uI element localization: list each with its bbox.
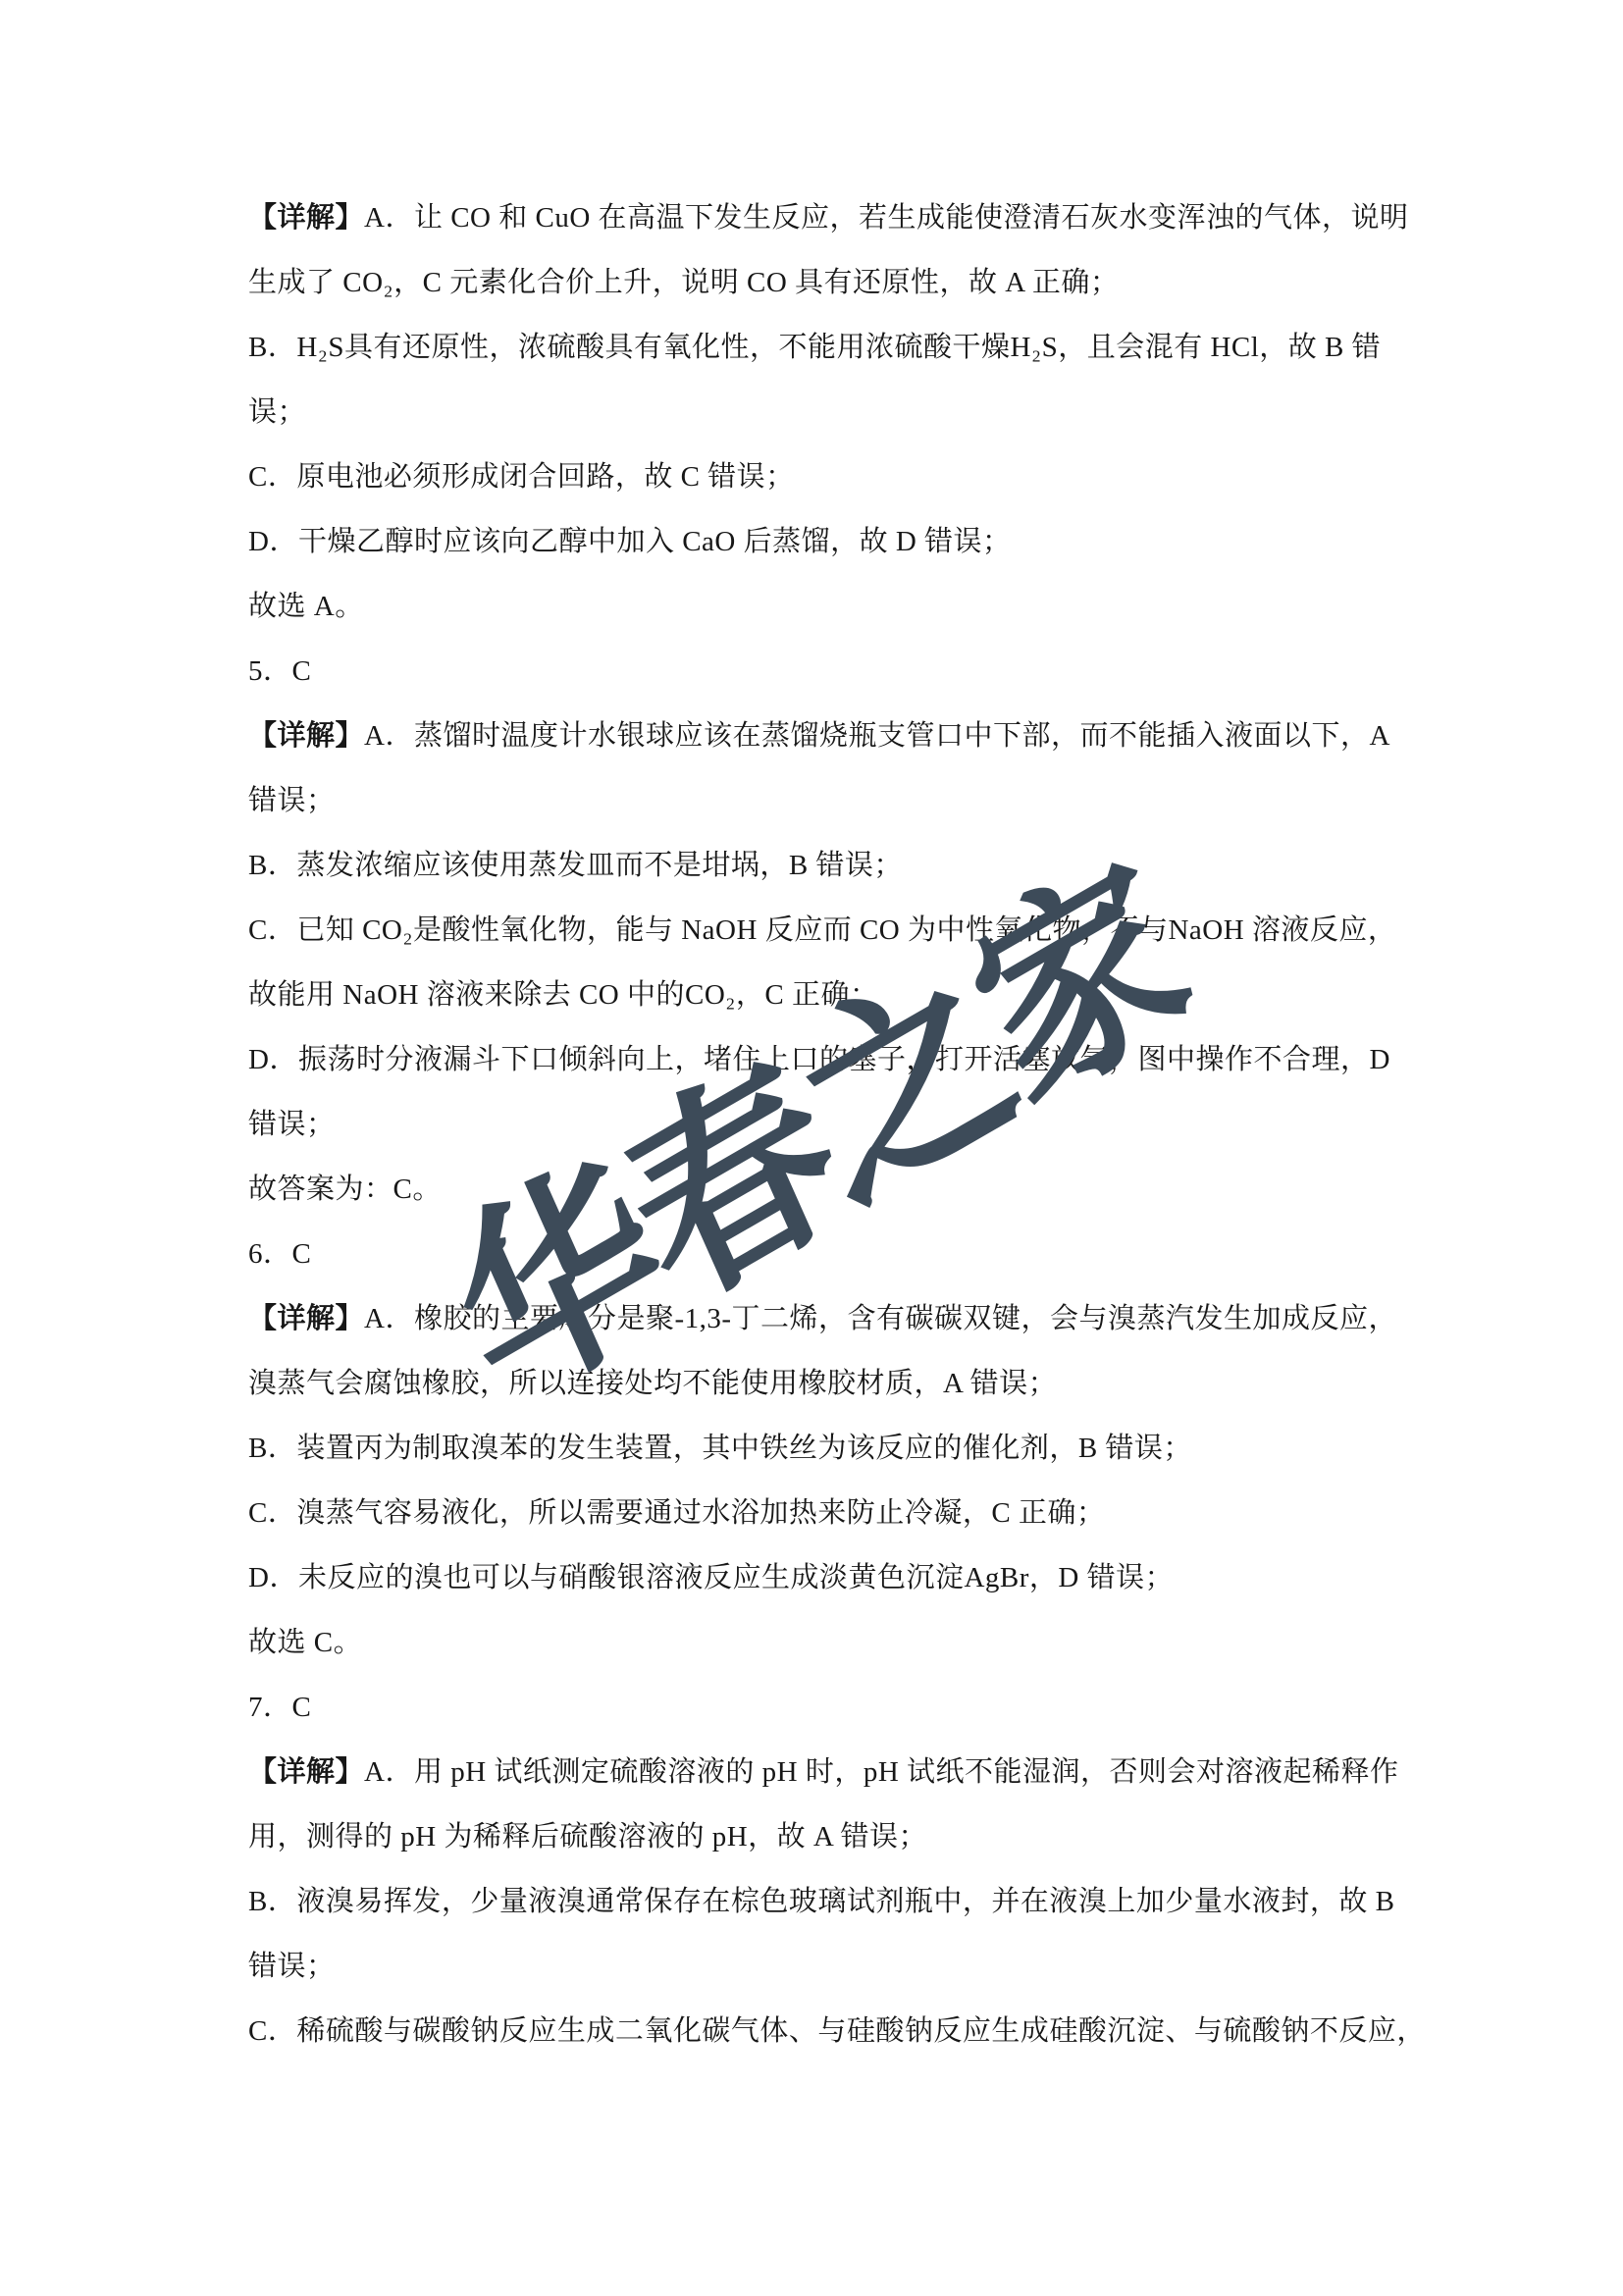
- line-text: 错误；: [248, 1951, 336, 1982]
- line-text: 生成了 CO₂，C 元素化合价上升，说明 CO 具有还原性，故 A 正确；: [248, 267, 1119, 298]
- answer-number-line: 7．C: [248, 1675, 1436, 1740]
- line-text: B．装置丙为制取溴苯的发生装置，其中铁丝为该反应的催化剂，B 错误；: [248, 1433, 1192, 1464]
- line-text: 误；: [248, 396, 306, 428]
- line-text: C．稀硫酸与碳酸钠反应生成二氧化碳气体、与硅酸钠反应生成硅酸沉淀、与硫酸钠不反应…: [248, 2015, 1426, 2047]
- text-line: 误；: [248, 380, 1436, 444]
- detail-label: 【详解】: [248, 720, 364, 752]
- line-text: B．蒸发浓缩应该使用蒸发皿而不是坩埚，B 错误；: [248, 850, 903, 881]
- text-line: 故选 A。: [248, 574, 1436, 639]
- line-text: 错误；: [248, 1109, 336, 1140]
- text-line: C．溴蒸气容易液化，所以需要通过水浴加热来防止冷凝，C 正确；: [248, 1481, 1436, 1545]
- answer-number-line: 5．C: [248, 639, 1436, 704]
- line-text: A．让 CO 和 CuO 在高温下发生反应，若生成能使澄清石灰水变浑浊的气体，说…: [364, 202, 1409, 234]
- text-line: B．H₂S具有还原性，浓硫酸具有氧化性，不能用浓硫酸干燥H₂S，且会混有 HCl…: [248, 315, 1436, 380]
- text-line: 故选 C。: [248, 1610, 1436, 1675]
- line-text: 6．C: [248, 1238, 311, 1270]
- line-text: D．干燥乙醇时应该向乙醇中加入 CaO 后蒸馏，故 D 错误；: [248, 526, 1012, 557]
- text-line: B．蒸发浓缩应该使用蒸发皿而不是坩埚，B 错误；: [248, 833, 1436, 898]
- text-line: 【详解】A．蒸馏时温度计水银球应该在蒸馏烧瓶支管口中下部，而不能插入液面以下，A: [248, 704, 1436, 768]
- text-line: C．稀硫酸与碳酸钠反应生成二氧化碳气体、与硅酸钠反应生成硅酸沉淀、与硫酸钠不反应…: [248, 1999, 1436, 2063]
- text-line: 【详解】A．让 CO 和 CuO 在高温下发生反应，若生成能使澄清石灰水变浑浊的…: [248, 185, 1436, 250]
- text-line: C．原电池必须形成闭合回路，故 C 错误；: [248, 444, 1436, 509]
- line-text: B．液溴易挥发，少量液溴通常保存在棕色玻璃试剂瓶中，并在液溴上加少量水液封，故 …: [248, 1886, 1394, 1917]
- text-line: D．未反应的溴也可以与硝酸银溶液反应生成淡黄色沉淀AgBr，D 错误；: [248, 1545, 1436, 1610]
- document-page: 【详解】A．让 CO 和 CuO 在高温下发生反应，若生成能使澄清石灰水变浑浊的…: [0, 0, 1623, 2296]
- text-line: 错误；: [248, 768, 1436, 833]
- text-line: B．装置丙为制取溴苯的发生装置，其中铁丝为该反应的催化剂，B 错误；: [248, 1416, 1436, 1481]
- line-text: B．H₂S具有还原性，浓硫酸具有氧化性，不能用浓硫酸干燥H₂S，且会混有 HCl…: [248, 332, 1381, 363]
- line-text: 故选 C。: [248, 1627, 362, 1658]
- line-text: C．原电池必须形成闭合回路，故 C 错误；: [248, 461, 795, 493]
- detail-label: 【详解】: [248, 1756, 364, 1788]
- line-text: 用，测得的 pH 为稀释后硫酸溶液的 pH，故 A 错误；: [248, 1821, 927, 1852]
- text-line: 错误；: [248, 1934, 1436, 1999]
- line-text: 错误；: [248, 785, 336, 816]
- line-text: C．溴蒸气容易液化，所以需要通过水浴加热来防止冷凝，C 正确；: [248, 1497, 1105, 1529]
- line-text: 5．C: [248, 655, 311, 687]
- line-text: 故选 A。: [248, 591, 364, 622]
- line-text: A．用 pH 试纸测定硫酸溶液的 pH 时，pH 试纸不能湿润，否则会对溶液起稀…: [364, 1756, 1399, 1788]
- text-line: 用，测得的 pH 为稀释后硫酸溶液的 pH，故 A 错误；: [248, 1804, 1436, 1869]
- line-text: D．未反应的溴也可以与硝酸银溶液反应生成淡黄色沉淀AgBr，D 错误；: [248, 1562, 1174, 1593]
- text-line: D．干燥乙醇时应该向乙醇中加入 CaO 后蒸馏，故 D 错误；: [248, 509, 1436, 574]
- text-line: 溴蒸气会腐蚀橡胶，所以连接处均不能使用橡胶材质，A 错误；: [248, 1351, 1436, 1416]
- line-text: A．蒸馏时温度计水银球应该在蒸馏烧瓶支管口中下部，而不能插入液面以下，A: [364, 720, 1390, 752]
- text-line: 【详解】A．用 pH 试纸测定硫酸溶液的 pH 时，pH 试纸不能湿润，否则会对…: [248, 1740, 1436, 1804]
- text-line: 生成了 CO₂，C 元素化合价上升，说明 CO 具有还原性，故 A 正确；: [248, 250, 1436, 315]
- detail-label: 【详解】: [248, 1303, 364, 1334]
- detail-label: 【详解】: [248, 202, 364, 234]
- text-line: B．液溴易挥发，少量液溴通常保存在棕色玻璃试剂瓶中，并在液溴上加少量水液封，故 …: [248, 1869, 1436, 1934]
- text-line: 【详解】A．橡胶的主要成分是聚-1,3-丁二烯，含有碳碳双键，会与溴蒸汽发生加成…: [248, 1286, 1436, 1351]
- line-text: 7．C: [248, 1692, 311, 1723]
